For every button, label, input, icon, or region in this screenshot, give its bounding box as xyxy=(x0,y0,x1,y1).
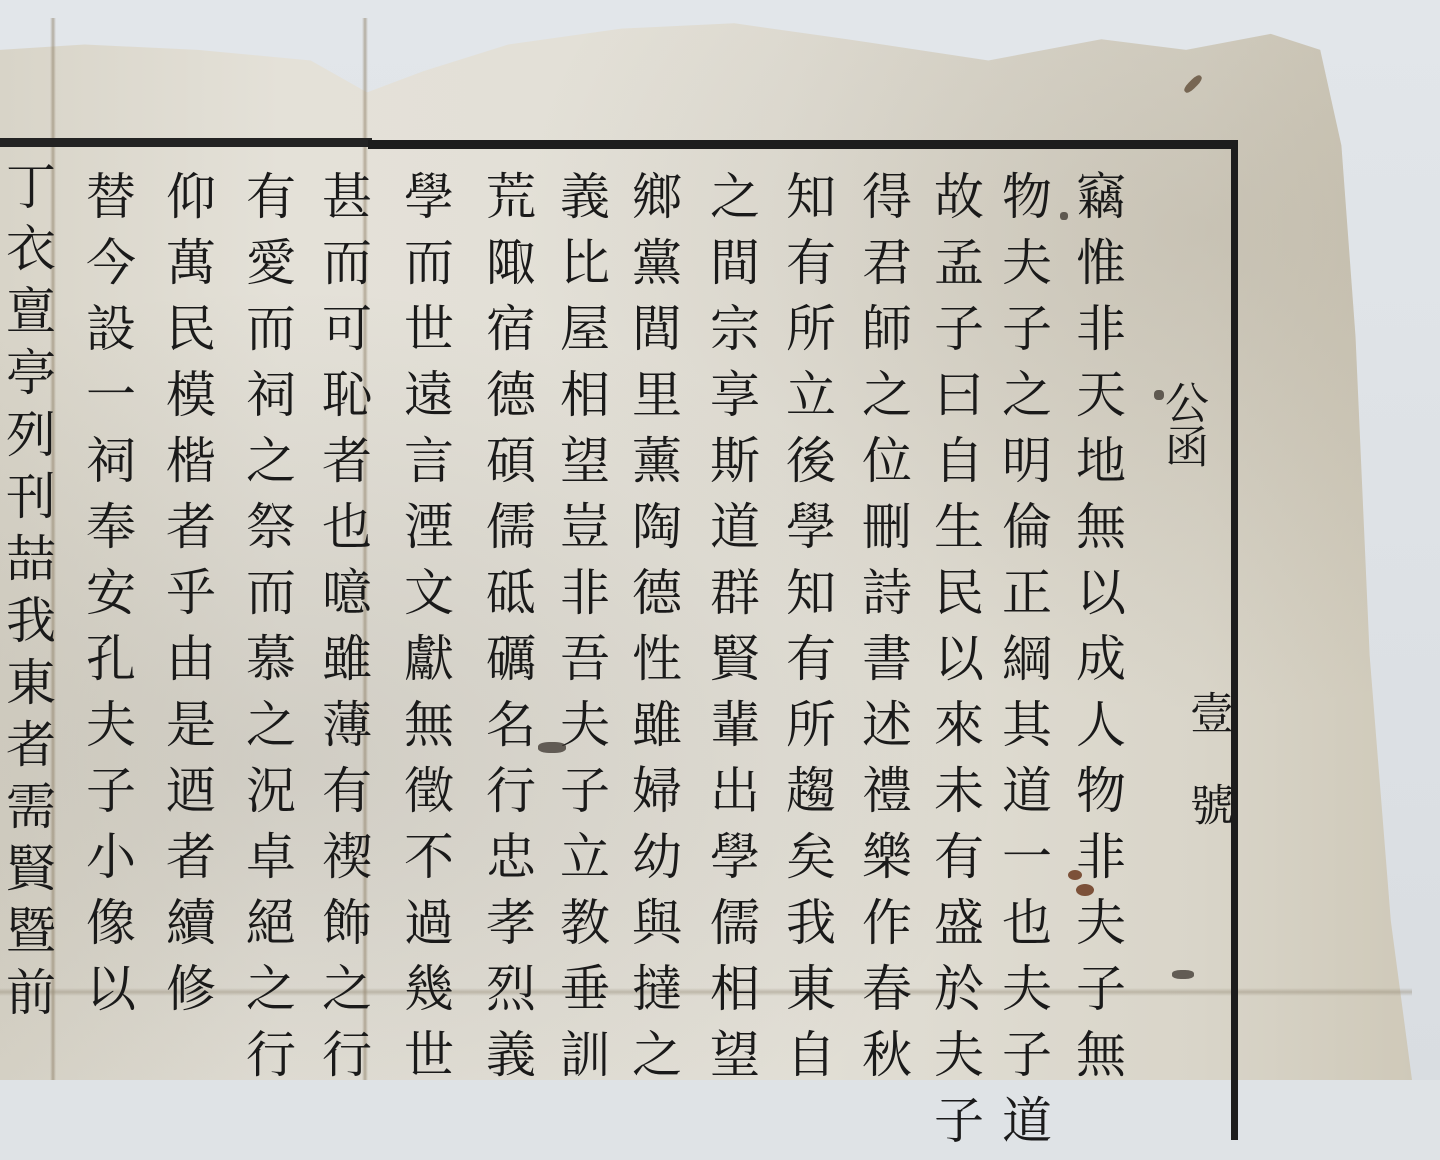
text-column-1: 竊惟非天地無以成人物非夫子無 xyxy=(1072,170,1122,1080)
printed-border-top-left xyxy=(0,138,372,147)
text-column-8: 義比屋相望豈非吾夫子立教垂訓 xyxy=(556,170,606,1080)
ink-smudge xyxy=(538,742,566,753)
text-column-3: 故孟子曰自生民以來未有盛於夫子 xyxy=(930,170,980,1080)
text-column-14: 替今設一祠奉安孔夫子小像以 xyxy=(82,170,132,1028)
text-column-6: 之間宗享斯道群賢輩出學儒相望 xyxy=(706,170,756,1080)
text-column-10: 學而世遠言湮文獻無徵不過幾世 xyxy=(400,170,450,1080)
text-column-4: 得君師之位刪詩書述禮樂作春秋 xyxy=(858,170,908,1080)
text-column-2: 物夫子之明倫正綱其道一也夫子道 xyxy=(998,170,1048,1080)
text-column-9: 荒陬宿德碩儒砥礪名行忠孝烈義 xyxy=(482,170,532,1080)
ink-dot xyxy=(1154,390,1164,400)
document-title: 公函 xyxy=(1160,380,1204,468)
text-column-15-partial: 丁衣亶亭列刊喆我東者需賢暨前 xyxy=(2,160,52,1028)
text-column-7: 鄉黨閭里薰陶德性雖婦幼與撻之 xyxy=(628,170,678,1080)
document-number: 壹號 xyxy=(1185,690,1229,874)
rust-stain xyxy=(1076,884,1094,896)
ink-dot xyxy=(1060,212,1068,220)
rust-stain xyxy=(1068,870,1082,880)
text-column-13: 仰萬民模楷者乎由是迺者續修 xyxy=(162,170,212,1028)
text-column-11: 甚而可恥者也噫雖薄有禊飾之行 xyxy=(318,170,368,1080)
ink-smudge xyxy=(1172,970,1194,979)
text-column-5: 知有所立後學知有所趨矣我東自 xyxy=(782,170,832,1080)
text-column-12: 有愛而祠之祭而慕之況卓絕之行 xyxy=(242,170,292,1080)
